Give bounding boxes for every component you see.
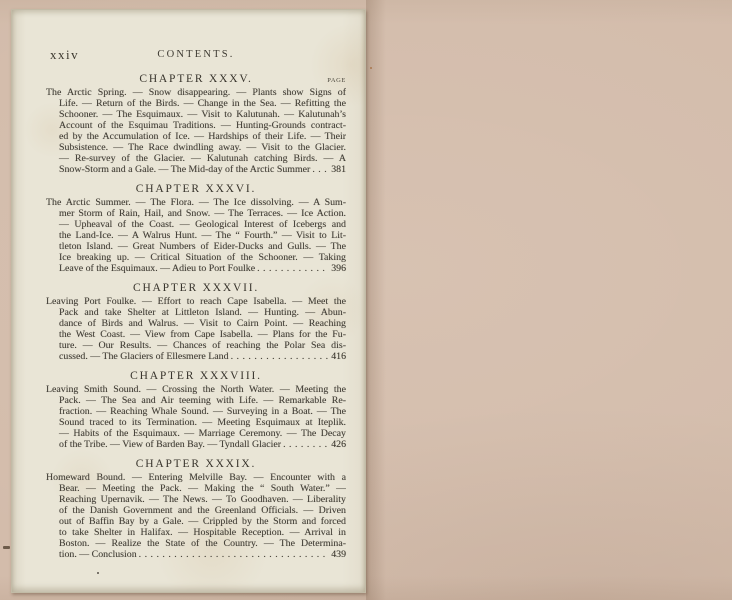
chapter-heading: CHAPTER XXXVIII. xyxy=(46,370,346,382)
page-header: xxiv CONTENTS. xyxy=(12,49,365,62)
chapter-entry-37: CHAPTER XXXVII. Leaving Port Foulke. — E… xyxy=(46,282,346,362)
summary-line: Account of the Esquimau Traditions. — Hu… xyxy=(46,120,346,131)
chapter-summary: Leaving Smith Sound. — Crossing the Nort… xyxy=(46,384,346,439)
summary-line: to take Shelter in Halifax. — Hospitable… xyxy=(46,527,346,538)
summary-last-line: of the Tribe. — View of Barden Bay. — Ty… xyxy=(46,439,346,450)
page-number: 439 xyxy=(331,549,346,560)
summary-line: Leaving Port Foulke. — Effort to reach C… xyxy=(46,296,346,307)
contents-page: xxiv CONTENTS. PAGE CHAPTER XXXV. The Ar… xyxy=(11,9,366,593)
summary-line: The Arctic Spring. — Snow disappearing. … xyxy=(46,87,346,98)
summary-line: Leaving Smith Sound. — Crossing the Nort… xyxy=(46,384,346,395)
leader-dots: . . . . . . . . . . . . . . . . . . . . … xyxy=(312,164,328,175)
summary-line: of the Danish Government and the Greenla… xyxy=(46,505,346,516)
chapter-entry-39: CHAPTER XXXIX. Homeward Bound. — Enterin… xyxy=(46,458,346,560)
summary-text: tion. — Conclusion xyxy=(59,549,137,560)
chapter-heading: CHAPTER XXXVI. xyxy=(46,183,346,195)
chapter-entry-38: CHAPTER XXXVIII. Leaving Smith Sound. — … xyxy=(46,370,346,450)
gutter-shadow xyxy=(366,0,386,600)
leader-dots: . . . . . . . . . . . . . . . . . . . . … xyxy=(283,439,328,450)
summary-line: Homeward Bound. — Entering Melville Bay.… xyxy=(46,472,346,483)
summary-last-line: Leave of the Esquimaux. — Adieu to Port … xyxy=(46,263,346,274)
chapter-entry-35: CHAPTER XXXV. The Arctic Spring. — Snow … xyxy=(46,73,346,175)
edge-mark xyxy=(3,546,10,549)
summary-line: Pack. — The Sea and Air teeming with Lif… xyxy=(46,395,346,406)
summary-line: Schooner. — The Esquimaux. — Visit to Ka… xyxy=(46,109,346,120)
summary-line: tleton Island. — Great Numbers of Eider-… xyxy=(46,241,346,252)
foxing-speck xyxy=(370,67,372,69)
summary-text: cussed. — The Glaciers of Ellesmere Land xyxy=(59,351,229,362)
summary-line: Life. — Return of the Birds. — Change in… xyxy=(46,98,346,109)
table-of-contents: CHAPTER XXXV. The Arctic Spring. — Snow … xyxy=(46,73,346,560)
summary-line: Reaching Upernavik. — The News. — To Goo… xyxy=(46,494,346,505)
summary-line: out of Baffin Bay by a Gale. — Crippled … xyxy=(46,516,346,527)
summary-line: Subsistence. — The Race dwindling away. … xyxy=(46,142,346,153)
ink-speck xyxy=(97,572,99,574)
summary-text: of the Tribe. — View of Barden Bay. — Ty… xyxy=(59,439,281,450)
summary-line: mer Storm of Rain, Hail, and Snow. — The… xyxy=(46,208,346,219)
summary-line: fraction. — Reaching Whale Sound. — Surv… xyxy=(46,406,346,417)
page-number: 426 xyxy=(331,439,346,450)
summary-line: — Re-survey of the Glacier. — Kalutunah … xyxy=(46,153,346,164)
summary-line: Pack and take Shelter at Littleton Islan… xyxy=(46,307,346,318)
summary-line: the West Coast. — View from Cape Isabell… xyxy=(46,329,346,340)
leader-dots: . . . . . . . . . . . . . . . . . . . . … xyxy=(231,351,329,362)
summary-line: the Land-Ice. — A Walrus Hunt. — The “ F… xyxy=(46,230,346,241)
page-number: 396 xyxy=(331,263,346,274)
chapter-summary: The Arctic Spring. — Snow disappearing. … xyxy=(46,87,346,164)
running-head: CONTENTS. xyxy=(46,49,346,60)
summary-line: — Upheaval of the Coast. — Geological In… xyxy=(46,219,346,230)
summary-line: dance of Birds and Walrus. — Visit to Ca… xyxy=(46,318,346,329)
summary-text: Leave of the Esquimaux. — Adieu to Port … xyxy=(59,263,255,274)
summary-line: Sound traced to its Termination. — Meeti… xyxy=(46,417,346,428)
leader-dots: . . . . . . . . . . . . . . . . . . . . … xyxy=(139,549,329,560)
page-column-label: PAGE xyxy=(327,77,346,84)
summary-line: ed by the Accumulation of Ice. — Hardshi… xyxy=(46,131,346,142)
summary-line: — Habits of the Esquimaux. — Marriage Ce… xyxy=(46,428,346,439)
summary-line: ture. — Our Results. — Chances of reachi… xyxy=(46,340,346,351)
summary-last-line: cussed. — The Glaciers of Ellesmere Land… xyxy=(46,351,346,362)
page-number: 381 xyxy=(331,164,346,175)
summary-last-line: Snow-Storm and a Gale. — The Mid-day of … xyxy=(46,164,346,175)
chapter-summary: Homeward Bound. — Entering Melville Bay.… xyxy=(46,472,346,549)
chapter-entry-36: CHAPTER XXXVI. The Arctic Summer. — The … xyxy=(46,183,346,274)
chapter-heading: CHAPTER XXXVII. xyxy=(46,282,346,294)
chapter-heading: CHAPTER XXXV. xyxy=(46,73,346,85)
page-number: 416 xyxy=(331,351,346,362)
summary-last-line: tion. — Conclusion . . . . . . . . . . .… xyxy=(46,549,346,560)
leader-dots: . . . . . . . . . . . . . . . . . . . . … xyxy=(257,263,328,274)
summary-line: Bear. — Meeting the Pack. — Making the “… xyxy=(46,483,346,494)
book-scan: xxiv CONTENTS. PAGE CHAPTER XXXV. The Ar… xyxy=(0,0,732,600)
chapter-heading: CHAPTER XXXIX. xyxy=(46,458,346,470)
chapter-summary: Leaving Port Foulke. — Effort to reach C… xyxy=(46,296,346,351)
summary-line: The Arctic Summer. — The Flora. — The Ic… xyxy=(46,197,346,208)
summary-text: Snow-Storm and a Gale. — The Mid-day of … xyxy=(59,164,310,175)
chapter-summary: The Arctic Summer. — The Flora. — The Ic… xyxy=(46,197,346,263)
summary-line: Ice breaking up. — Critical Situation of… xyxy=(46,252,346,263)
summary-line: Boston. — Realize the State of the Count… xyxy=(46,538,346,549)
